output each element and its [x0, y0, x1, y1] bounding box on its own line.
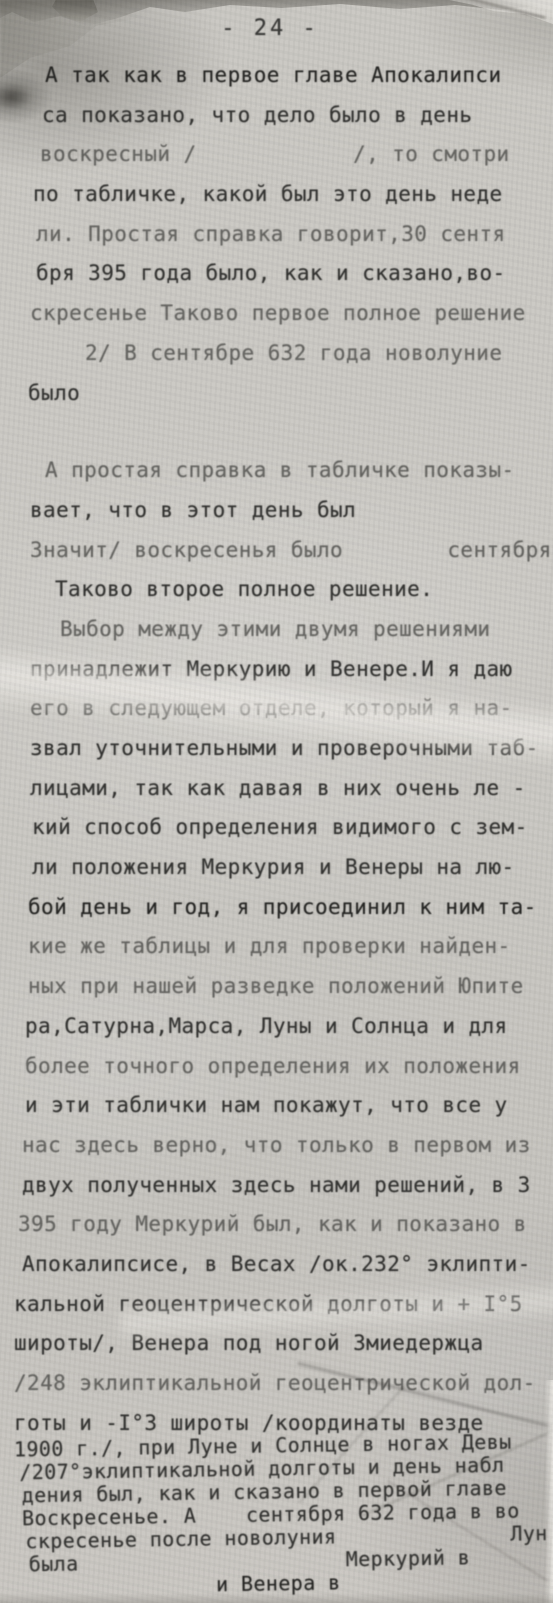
text-line-content: са показано, что дело было в день — [42, 96, 472, 136]
text-line: было — [30, 374, 553, 414]
text-line: ли положения Меркурия и Венеры на лю- — [30, 848, 553, 888]
text-line-content: широты/, Венера под ногой Змиедержца — [14, 1324, 484, 1364]
text-line-content: бря 395 года было, как и сказано,во- — [36, 254, 506, 294]
text-line: 395 году Меркурий был, как и показано в — [30, 1205, 553, 1245]
text-line: са показано, что дело было в день — [30, 96, 553, 136]
text-line-content: /248 эклиптикальной геоцентрической дол- — [14, 1364, 536, 1404]
text-line: Таково второе полное решение. — [30, 570, 553, 610]
text-line-content: Значит/ воскресенья было сентября — [30, 531, 552, 571]
text-line: А простая справка в табличке показы- — [30, 451, 553, 491]
typed-text-footer: 1900 г./, при Луне и Солнце в ногах Девы… — [14, 1430, 553, 1600]
text-line: и эти таблички нам покажут, что все у — [30, 1086, 553, 1126]
text-line-content: скресенье Таково первое полное решение — [30, 294, 526, 334]
text-line-content: А простая справка в табличке показы- — [45, 451, 515, 491]
text-line-content: ли. Простая справка говорит,30 сентя — [36, 215, 506, 255]
text-line: ра,Сатурна,Марса, Луны и Солнца и для — [30, 1007, 553, 1047]
text-line: /248 эклиптикальной геоцентрической дол- — [30, 1364, 553, 1404]
text-line-content: 395 году Меркурий был, как и показано в — [18, 1205, 527, 1245]
text-line: широты/, Венера под ногой Змиедержца — [30, 1324, 553, 1364]
text-line: кальной геоцентрической долготы и + I°5 — [30, 1285, 553, 1325]
text-line-content: по табличке, какой был это день неде — [33, 175, 503, 215]
text-line: ных при нашей разведке положений Юпите — [30, 967, 553, 1007]
blank-line — [30, 413, 553, 451]
text-line: Апокалипсисе, в Весах /ок.232° эклипти- — [30, 1245, 553, 1285]
text-line-content: была — [29, 1552, 79, 1576]
text-line: А так как в первое главе Апокалипси — [30, 56, 553, 96]
text-line-content: кальной геоцентрической долготы и + I°5 — [14, 1285, 523, 1325]
text-line-content: 2/ В сентябре 632 года новолуние — [85, 334, 502, 374]
paper-edge-right — [545, 1380, 553, 1603]
text-line-content: бой день и год, я присоединил к ним та- — [28, 888, 537, 928]
text-line: Значит/ воскресенья было сентября — [30, 531, 553, 571]
text-line: воскресный / /, то смотри — [30, 135, 553, 175]
ink-smudge-left — [0, 84, 32, 110]
text-line: более точного определения их положения — [30, 1047, 553, 1087]
text-line-content: ных при нашей разведке положений Юпите — [28, 967, 524, 1007]
text-line-content: его в следующем отделе, который я на- — [30, 689, 513, 729]
text-line: Выбор между этими двумя решениями — [30, 610, 553, 650]
text-line: нас здесь верно, что только в первом из — [30, 1126, 553, 1166]
text-line-content: более точного определения их положения — [25, 1047, 521, 1087]
text-line: ли. Простая справка говорит,30 сентя — [30, 215, 553, 255]
typed-text-body: А так как в первое главе Апокалипсиса по… — [30, 56, 553, 1443]
text-line-content: кие же таблицы и для проверки найден- — [28, 927, 511, 967]
text-line-content: принадлежит Меркурию и Венере.И я даю — [30, 650, 513, 690]
text-line: 2/ В сентябре 632 года новолуние — [30, 334, 553, 374]
text-line-content: было — [28, 374, 80, 414]
text-line-content: и эти таблички нам покажут, что все у — [25, 1086, 508, 1126]
text-line: принадлежит Меркурию и Венере.И я даю — [30, 650, 553, 690]
text-line-content: А так как в первое главе Апокалипси — [45, 56, 502, 96]
scanned-document-page: - 24 - А так как в первое главе Апокалип… — [0, 0, 553, 1603]
text-line: лицами, так как давая в них очень ле - — [30, 769, 553, 809]
text-line-content: вает, что в этот день был — [30, 491, 356, 531]
text-line-content: кий способ определения видимого с зем- — [32, 808, 528, 848]
text-line-content: Апокалипсисе, в Весах /ок.232° эклипти- — [22, 1245, 531, 1285]
text-line-content: лицами, так как давая в них очень ле - — [30, 769, 526, 809]
text-line-content: ра,Сатурна,Марса, Луны и Солнца и для — [25, 1007, 508, 1047]
text-line: бой день и год, я присоединил к ним та- — [30, 888, 553, 928]
page-number: - 24 - — [0, 16, 540, 41]
text-line-content: ли положения Меркурия и Венеры на лю- — [32, 848, 515, 888]
text-fragment-offset: Лун — [510, 1522, 548, 1546]
text-line: его в следующем отделе, который я на- — [30, 689, 553, 729]
text-line-content: звал уточнительными и проверочными таб- — [30, 729, 539, 769]
text-line: звал уточнительными и проверочными таб- — [30, 729, 553, 769]
text-fragment-offset: Меркурий в — [346, 1546, 471, 1571]
text-line: скресенье Таково первое полное решение — [30, 294, 553, 334]
text-line-content: двух полученных здесь нами решений, в 3 — [22, 1166, 531, 1206]
text-line-content: Таково второе полное решение. — [55, 570, 433, 610]
paper-edge-bottom — [0, 1593, 553, 1603]
text-line-content: Выбор между этими двумя решениями — [60, 610, 490, 650]
text-line: бря 395 года было, как и сказано,во- — [30, 254, 553, 294]
text-line-content: воскресный / /, то смотри — [40, 135, 510, 175]
text-line: двух полученных здесь нами решений, в 3 — [30, 1166, 553, 1206]
text-line: кий способ определения видимого с зем- — [30, 808, 553, 848]
text-line: вает, что в этот день был — [30, 491, 553, 531]
text-line: по табличке, какой был это день неде — [30, 175, 553, 215]
text-line-content: нас здесь верно, что только в первом из — [22, 1126, 531, 1166]
text-line: кие же таблицы и для проверки найден- — [30, 927, 553, 967]
